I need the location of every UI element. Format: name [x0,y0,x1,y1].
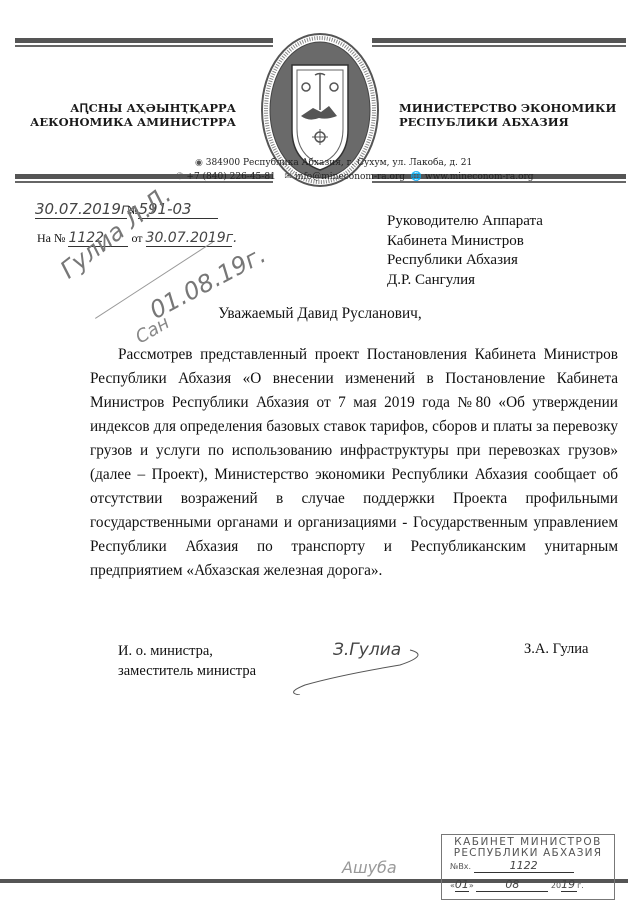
recipient-name: Д.Р. Сангулия [387,271,543,291]
stamp-year: 19 [561,878,577,892]
right-title-line1: МИНИСТЕРСТВО ЭКОНОМИКИ [399,101,616,115]
recipient-block: Руководителю Аппарата Кабинета Министров… [387,212,543,290]
globe-icon: 🌐 [411,172,422,182]
stamp-month: 08 [476,878,548,892]
recipient-line2: Кабинета Министров [387,232,543,252]
phone-text: +7 (840) 226-45-81 [186,172,275,182]
stamp-line2: РЕСПУБЛИКИ АБХАЗИЯ [442,848,614,859]
stamp-day: 01 [455,878,469,892]
header-rule-top-left [15,38,273,43]
stamp-in-number-row: №Вх. 1122 [450,859,614,873]
reply-date: 30.07.2019г. [146,230,232,247]
salutation: Уважаемый Давид Русланович, [0,305,640,323]
letterhead-right-title: МИНИСТЕРСТВО ЭКОНОМИКИ РЕСПУБЛИКИ АБХАЗИ… [399,101,616,129]
position-line2: заместитель министра [118,661,256,681]
letterhead-left-title: АԤСНЫ АҲӘЫНҬҚАРРА АЕКОНОМИКА АМИНИСТРРА [30,101,236,129]
recipient-line3: Республики Абхазия [387,251,543,271]
address-text: 384900 Республика Абхазия, г. Сухум, ул.… [206,158,473,168]
stamp-date-row: «01» 08 2019г. [450,878,614,892]
mail-icon: ✉ [284,172,292,182]
handwritten-executor: Ашуба [342,858,397,877]
location-pin-icon: ◉ [195,158,203,168]
contact-line: ✆ +7 (840) 226-45-81 ✉ info@mineconom-ra… [176,172,534,182]
signature-flourish-icon [280,645,440,695]
registration-stamp: КАБИНЕТ МИНИСТРОВ РЕСПУБЛИКИ АБХАЗИЯ №Вх… [441,834,615,900]
stamp-year-suffix: г. [577,881,584,890]
phone-icon: ✆ [176,172,184,182]
stamp-in-number: 1122 [474,859,574,873]
left-title-line1: АԤСНЫ АҲӘЫНҬҚАРРА [30,101,236,115]
stamp-in-label: №Вх. [450,862,471,871]
reply-label: На № [37,231,65,245]
header-rule-top-right-thin [372,45,626,47]
recipient-line1: Руководителю Аппарата [387,212,543,232]
header-rule-top-left-thin [15,45,273,47]
right-title-line2: РЕСПУБЛИКИ АБХАЗИЯ [399,115,616,129]
position-line1: И. о. министра, [118,641,256,661]
stamp-year-prefix: 20 [551,881,561,890]
signatory-name: З.А. Гулиа [524,641,589,658]
signatory-position: И. о. министра, заместитель министра [118,641,256,681]
left-title-line2: АЕКОНОМИКА АМИНИСТРРА [30,115,236,129]
email-link[interactable]: info@mineconom-ra.org [295,172,405,182]
address-line: ◉ 384900 Республика Абхазия, г. Сухум, у… [195,158,472,168]
header-rule-top-right [372,38,626,43]
letter-body: Рассмотрев представленный проект Постано… [90,343,618,583]
website-link[interactable]: www.mineconom-ra.org [425,172,534,182]
